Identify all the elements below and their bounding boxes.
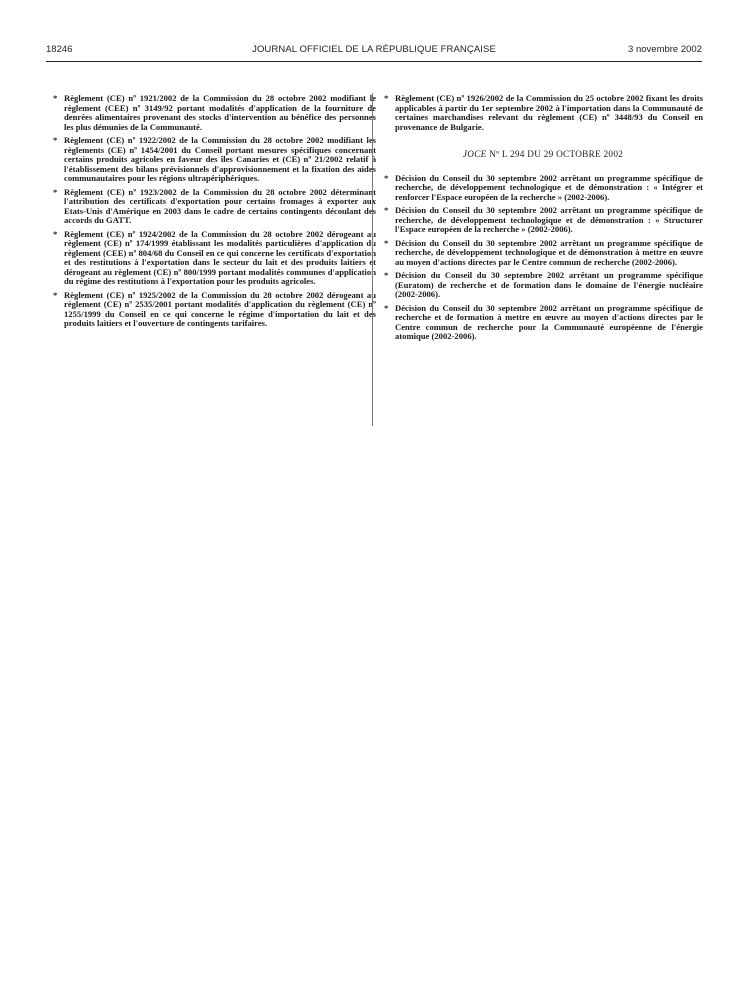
issue-date: 3 novembre 2002 bbox=[628, 44, 702, 55]
asterisk-bullet-icon: * bbox=[384, 206, 388, 216]
list-item: * Règlement (CE) nº 1926/2002 de la Comm… bbox=[383, 94, 703, 132]
list-item: * Décision du Conseil du 30 septembre 20… bbox=[383, 206, 703, 235]
subheading-journal: JOCE bbox=[463, 149, 487, 159]
asterisk-bullet-icon: * bbox=[384, 174, 388, 184]
asterisk-bullet-icon: * bbox=[53, 188, 57, 198]
section-subheading: JOCE Nº L 294 DU 29 OCTOBRE 2002 bbox=[383, 150, 703, 160]
document-page: 18246 JOURNAL OFFICIEL DE LA RÉPUBLIQUE … bbox=[0, 0, 750, 990]
item-text: Règlement (CE) nº 1926/2002 de la Commis… bbox=[395, 93, 703, 132]
journal-title: JOURNAL OFFICIEL DE LA RÉPUBLIQUE FRANÇA… bbox=[46, 44, 702, 55]
page-header: 18246 JOURNAL OFFICIEL DE LA RÉPUBLIQUE … bbox=[46, 44, 702, 58]
asterisk-bullet-icon: * bbox=[53, 136, 57, 146]
item-text: Règlement (CE) nº 1924/2002 de la Commis… bbox=[64, 229, 376, 287]
list-item: * Décision du Conseil du 30 septembre 20… bbox=[383, 304, 703, 342]
item-text: Décision du Conseil du 30 septembre 2002… bbox=[395, 270, 703, 299]
subheading-issue: Nº L 294 DU 29 OCTOBRE 2002 bbox=[487, 149, 624, 159]
asterisk-bullet-icon: * bbox=[384, 239, 388, 249]
column-separator bbox=[372, 93, 373, 426]
asterisk-bullet-icon: * bbox=[384, 304, 388, 314]
list-item: * Règlement (CE) nº 1922/2002 de la Comm… bbox=[52, 136, 376, 184]
right-column: * Règlement (CE) nº 1926/2002 de la Comm… bbox=[383, 94, 703, 346]
asterisk-bullet-icon: * bbox=[384, 271, 388, 281]
item-text: Décision du Conseil du 30 septembre 2002… bbox=[395, 303, 703, 342]
item-text: Décision du Conseil du 30 septembre 2002… bbox=[395, 238, 703, 267]
item-text: Décision du Conseil du 30 septembre 2002… bbox=[395, 173, 703, 202]
list-item: * Décision du Conseil du 30 septembre 20… bbox=[383, 271, 703, 300]
list-item: * Règlement (CE) nº 1925/2002 de la Comm… bbox=[52, 291, 376, 329]
asterisk-bullet-icon: * bbox=[53, 230, 57, 240]
list-item: * Règlement (CE) nº 1921/2002 de la Comm… bbox=[52, 94, 376, 132]
item-text: Décision du Conseil du 30 septembre 2002… bbox=[395, 205, 703, 234]
left-column: * Règlement (CE) nº 1921/2002 de la Comm… bbox=[52, 94, 376, 333]
list-item: * Décision du Conseil du 30 septembre 20… bbox=[383, 174, 703, 203]
asterisk-bullet-icon: * bbox=[53, 94, 57, 104]
item-text: Règlement (CE) nº 1921/2002 de la Commis… bbox=[64, 93, 376, 132]
item-text: Règlement (CE) nº 1923/2002 de la Commis… bbox=[64, 187, 376, 226]
list-item: * Règlement (CE) nº 1923/2002 de la Comm… bbox=[52, 188, 376, 226]
list-item: * Décision du Conseil du 30 septembre 20… bbox=[383, 239, 703, 268]
list-item: * Règlement (CE) nº 1924/2002 de la Comm… bbox=[52, 230, 376, 287]
asterisk-bullet-icon: * bbox=[384, 94, 388, 104]
asterisk-bullet-icon: * bbox=[53, 291, 57, 301]
item-text: Règlement (CE) nº 1925/2002 de la Commis… bbox=[64, 290, 376, 329]
item-text: Règlement (CE) nº 1922/2002 de la Commis… bbox=[64, 135, 376, 183]
header-rule bbox=[46, 61, 702, 62]
